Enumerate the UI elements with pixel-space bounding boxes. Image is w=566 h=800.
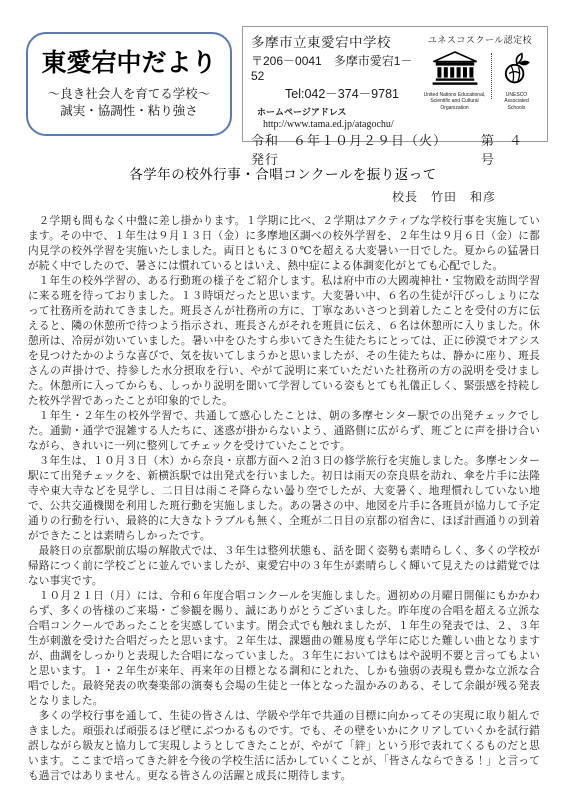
homepage-label: ホームページアドレス — [251, 105, 419, 118]
paragraph-1: ２学期も間もなく中盤に差し掛かります。１学期に比べ、２学期はアクティブな学校行事… — [28, 214, 540, 274]
school-address: 〒206－0041 多摩市愛宕1－52 — [251, 52, 419, 83]
homepage-url: http://www.tama.ed.jp/atagochu/ — [251, 119, 419, 130]
paragraph-3: １年生・２年生の校外学習で、共通して感心したことは、朝の多摩センター駅での出発チ… — [28, 409, 540, 454]
paragraph-5: 最終日の京都駅前広場の解散式では、３年生は整列状態も、話を聞く姿勢も素晴らしく、… — [28, 544, 540, 589]
unesco-block: ユネスコスクール認定校 — [419, 31, 541, 130]
unesco-certified-label: ユネスコスクール認定校 — [428, 33, 532, 46]
unesco-logo-cell: United Nations Educational, Scientific a… — [424, 51, 486, 111]
school-name: 多摩市立東愛宕中学校 — [251, 31, 419, 51]
masthead-box: 東愛宕中だより ～良き社会人を育てる学校～ 誠実・協調性・粘り強さ — [26, 32, 232, 136]
logo-divider — [491, 53, 492, 99]
paragraph-7: 多くの学校行事を通して、生徒の皆さんは、学級や学年で共通の目標に向かってその実現… — [28, 709, 540, 784]
school-telephone: Tel:042－374－9781 — [251, 84, 419, 102]
unesco-logo-caption: United Nations Educational, Scientific a… — [424, 92, 486, 111]
paragraph-2: １年生の校外学習の、ある行動班の様子をご紹介します。私は府中市の大國魂神社・宝物… — [28, 274, 540, 409]
article-author: 校長 竹田 和彦 — [392, 188, 496, 205]
article-title: 各学年の校外行事・合唱コンクールを振り返って — [0, 163, 566, 183]
newsletter-title: 東愛宕中だより — [41, 50, 216, 78]
unesco-associated-schools-icon — [501, 51, 533, 90]
unesco-temple-icon — [431, 51, 479, 90]
school-info-box: 多摩市立東愛宕中学校 〒206－0041 多摩市愛宕1－52 Tel:042－3… — [242, 26, 548, 142]
header: 東愛宕中だより ～良き社会人を育てる学校～ 誠実・協調性・粘り強さ 多摩市立東愛… — [26, 26, 548, 142]
article-body: ２学期も間もなく中盤に差し掛かります。１学期に比べ、２学期はアクティブな学校行事… — [28, 214, 540, 784]
motto-line-1: ～良き社会人を育てる学校～ — [48, 86, 211, 103]
school-motto: ～良き社会人を育てる学校～ 誠実・協調性・粘り強さ — [48, 86, 211, 120]
unesco-logo-row: United Nations Educational, Scientific a… — [424, 51, 537, 111]
paragraph-6: １０月２１日（月）には、令和６年度合唱コンクールを実施しました。週初めの月曜日開… — [28, 589, 540, 709]
newsletter-page: 東愛宕中だより ～良き社会人を育てる学校～ 誠実・協調性・粘り強さ 多摩市立東愛… — [0, 0, 566, 800]
paragraph-4: ３年生は、１０月３日（木）から奈良・京都方面へ２泊３日の修学旅行を実施しました。… — [28, 454, 540, 544]
aspnet-logo-cell: UNESCO Associated Schools — [497, 51, 537, 111]
aspnet-logo-caption: UNESCO Associated Schools — [497, 92, 537, 111]
school-info-top: 多摩市立東愛宕中学校 〒206－0041 多摩市愛宕1－52 Tel:042－3… — [251, 31, 541, 130]
motto-line-2: 誠実・協調性・粘り強さ — [48, 103, 211, 120]
school-contact-block: 多摩市立東愛宕中学校 〒206－0041 多摩市愛宕1－52 Tel:042－3… — [251, 31, 419, 130]
